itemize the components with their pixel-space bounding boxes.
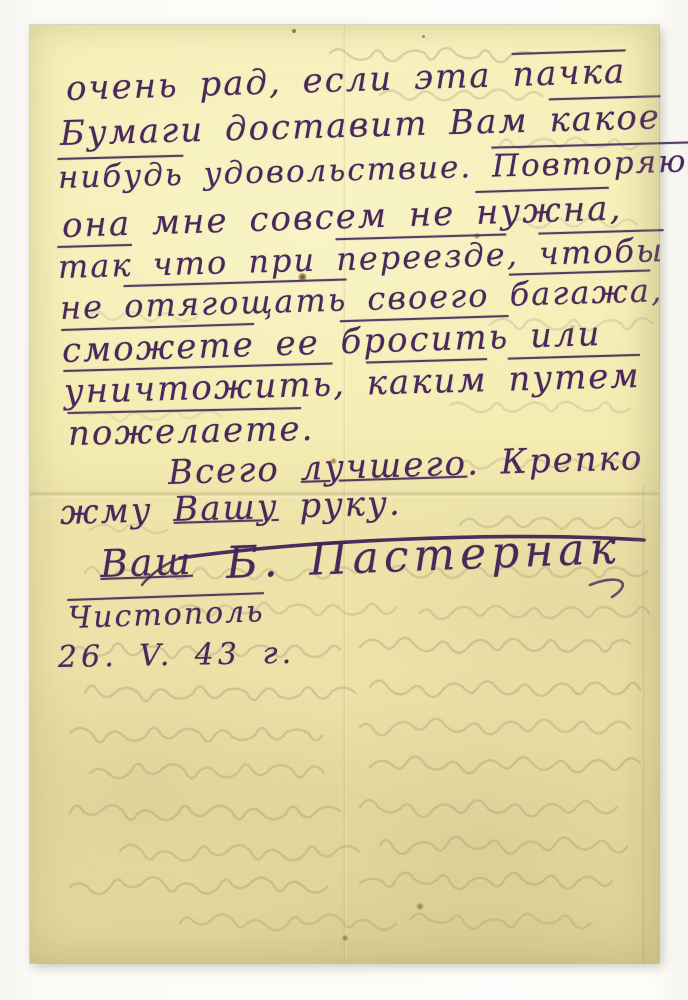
- handwriting-segment: Чистополь: [67, 594, 265, 636]
- handwriting-segment: сможете: [61, 325, 255, 371]
- handwriting-segment: так: [57, 246, 133, 286]
- date-line: 26. V. 43 г.: [58, 636, 296, 675]
- handwriting-segment: нибудь: [58, 157, 185, 196]
- handwriting-segment: ,: [506, 235, 539, 274]
- handwriting-segment: лучшего: [300, 444, 468, 489]
- handwriting-segment: Повторяю, —: [492, 142, 688, 185]
- handwriting-segment: очень рад, если эта: [65, 55, 513, 109]
- handwriting-segment: нужна: [475, 189, 610, 233]
- handwriting-segment: Б. Пастернак: [225, 523, 622, 589]
- handwriting-segment: ее: [254, 322, 341, 365]
- handwriting-segment: жму: [59, 490, 173, 533]
- handwriting-segment: ,: [609, 188, 623, 228]
- handwriting-segment: пожелаете: [68, 409, 302, 454]
- line-11: жму Вашу руку.: [59, 483, 402, 533]
- handwriting-segment: что при: [132, 240, 337, 284]
- handwriting-segment: какое: [549, 97, 662, 140]
- handwriting-segment: отягощать: [124, 280, 348, 325]
- letter-page: очень рад, если эта пачкаБумаги доставит…: [30, 25, 659, 963]
- handwriting-segment: переезде: [336, 235, 508, 278]
- handwriting-segment: ,: [650, 271, 663, 309]
- handwriting-segment: Бумаги доставит Вам: [59, 100, 550, 154]
- handwriting-segment: [487, 360, 509, 401]
- handwriting-segment: 26. V. 43 г.: [58, 636, 296, 675]
- handwriting-segment: своего: [347, 276, 511, 319]
- handwriting-segment: или: [509, 314, 602, 357]
- handwriting-segment: Вашу: [173, 487, 279, 530]
- handwriting-segment: каким: [366, 360, 488, 403]
- handwriting-segment: Ваш: [99, 539, 193, 586]
- handwriting-segment: пачка: [512, 51, 627, 95]
- handwriting-segment: .: [301, 409, 315, 449]
- handwriting-segment: чтобы: [538, 231, 664, 272]
- handwriting-segment: бросить: [340, 317, 510, 362]
- handwriting-segment: багажа: [509, 271, 651, 313]
- letter-body: очень рад, если эта пачкаБумаги доставит…: [30, 25, 659, 963]
- scan-background: очень рад, если эта пачкаБумаги доставит…: [0, 0, 688, 1000]
- handwriting-segment: уничтожить: [63, 364, 333, 412]
- handwriting-segment: путем: [508, 356, 641, 400]
- handwriting-segment: удовольствие.: [183, 149, 492, 193]
- handwriting-segment: . Крепко: [466, 438, 644, 484]
- handwriting-segment: не: [59, 287, 124, 327]
- handwriting-segment: руку.: [278, 483, 402, 526]
- place-line: Чистополь: [67, 594, 265, 636]
- line-9: пожелаете.: [68, 409, 315, 454]
- signature-name: Б. Пастернак: [225, 523, 622, 589]
- signature-valediction: Ваш: [99, 539, 193, 586]
- handwriting-segment: ,: [333, 364, 368, 405]
